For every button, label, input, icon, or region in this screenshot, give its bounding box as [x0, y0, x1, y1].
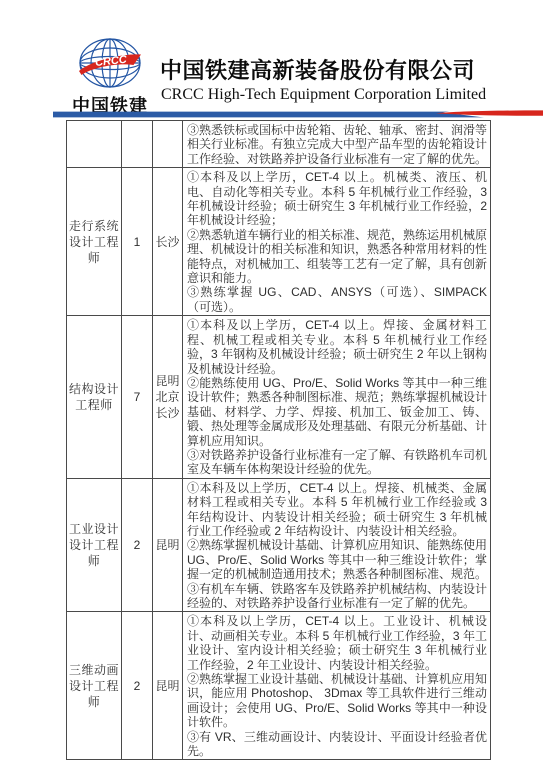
requirement-item: ①本科及以上学历，CET-4 以上。焊接、金属材料工程、机械工程或相关专业。本科…: [187, 318, 487, 376]
headcount-cell: 2: [122, 478, 153, 612]
location-cell: [153, 121, 183, 168]
requirements-cell: ①本科及以上学历，CET-4 以上。焊接、金属材料工程、机械工程或相关专业。本科…: [183, 316, 491, 478]
requirements-cell: ③熟悉铁标或国标中齿轮箱、齿轮、轴承、密封、润滑等相关行业标准。有独立完成大中型…: [183, 121, 491, 168]
requirement-item: ①本科及以上学历，CET-4 以上。工业设计、机械设计、动画相关专业。本科 5 …: [187, 614, 487, 672]
table-row: 三维动画设计工程师 2 昆明 ①本科及以上学历，CET-4 以上。工业设计、机械…: [67, 612, 491, 760]
requirement-item: ③对铁路养护设备行业标准有一定了解、有铁路机车司机室及车辆车体构架设计经验的优先…: [187, 448, 487, 477]
job-title-cell: 三维动画设计工程师: [67, 612, 122, 760]
svg-text:CRCC: CRCC: [95, 54, 129, 69]
requirement-item: ②熟练掌握工业设计基础、机械设计基础、计算机应用知识，能应用 Photoshop…: [187, 672, 487, 730]
requirement-item: ③有机车车辆、铁路客车及铁路养护机械结构、内装设计经验的、对铁路养护设备行业标准…: [187, 582, 487, 611]
requirements-cell: ①本科及以上学历，CET-4 以上。工业设计、机械设计、动画相关专业。本科 5 …: [183, 612, 491, 760]
headcount-cell: 2: [122, 612, 153, 760]
location-cell: 长沙: [153, 168, 183, 316]
job-title-cell: [67, 121, 122, 168]
requirement-item: ③熟练掌握 UG、CAD、ANSYS（可选）、SIMPACK（可选）。: [187, 285, 487, 314]
job-listing-table: ③熟悉铁标或国标中齿轮箱、齿轮、轴承、密封、润滑等相关行业标准。有独立完成大中型…: [66, 120, 491, 760]
job-title-cell: 工业设计设计工程师: [67, 478, 122, 612]
job-title-cell: 走行系统设计工程师: [67, 168, 122, 316]
header-divider: [53, 110, 550, 119]
location-cell: 昆明: [153, 612, 183, 760]
table-row: 结构设计工程师 7 昆明 北京 长沙 ①本科及以上学历，CET-4 以上。焊接、…: [67, 316, 491, 478]
requirement-item: ②熟练掌握机械设计基础、计算机应用知识、能熟练使用 UG、Pro/E、Solid…: [187, 538, 487, 581]
document-page: CRCC 中国铁建 中国铁建高新装备股份有限公司 CRCC High-Tech …: [0, 0, 550, 778]
table-row: 走行系统设计工程师 1 长沙 ①本科及以上学历，CET-4 以上。机械类、液压、…: [67, 168, 491, 316]
headcount-cell: 1: [122, 168, 153, 316]
job-title-cell: 结构设计工程师: [67, 316, 122, 478]
requirement-item: ③有 VR、三维动画设计、内装设计、平面设计经验者优先。: [187, 730, 487, 759]
headcount-cell: [122, 121, 153, 168]
table-row: ③熟悉铁标或国标中齿轮箱、齿轮、轴承、密封、润滑等相关行业标准。有独立完成大中型…: [67, 121, 491, 168]
table-row: 工业设计设计工程师 2 昆明 ①本科及以上学历，CET-4 以上。焊接、机械类、…: [67, 478, 491, 612]
requirement-item: ②熟悉轨道车辆行业的相关标准、规范，熟练运用机械原理、机械设计的相关标准和知识，…: [187, 228, 487, 286]
requirement-item: ②能熟练使用 UG、Pro/E、Solid Works 等其中一种三维设计软件；…: [187, 376, 487, 448]
requirements-cell: ①本科及以上学历，CET-4 以上。焊接、机械类、金属材料工程或相关专业。本科 …: [183, 478, 491, 612]
headcount-cell: 7: [122, 316, 153, 478]
requirement-item: ③熟悉铁标或国标中齿轮箱、齿轮、轴承、密封、润滑等相关行业标准。有独立完成大中型…: [187, 123, 487, 166]
requirement-item: ①本科及以上学历，CET-4 以上。机械类、液压、机电、自动化等相关专业。本科 …: [187, 170, 487, 228]
requirement-item: ①本科及以上学历，CET-4 以上。焊接、机械类、金属材料工程或相关专业。本科 …: [187, 481, 487, 539]
company-name-en: CRCC High-Tech Equipment Corporation Lim…: [161, 86, 486, 104]
location-cell: 昆明: [153, 478, 183, 612]
location-cell: 昆明 北京 长沙: [153, 316, 183, 478]
company-name-zh: 中国铁建高新装备股份有限公司: [160, 54, 475, 85]
globe-crcc-icon: CRCC: [78, 38, 142, 90]
company-logo: CRCC 中国铁建: [70, 38, 150, 118]
requirements-cell: ①本科及以上学历，CET-4 以上。机械类、液压、机电、自动化等相关专业。本科 …: [183, 168, 491, 316]
